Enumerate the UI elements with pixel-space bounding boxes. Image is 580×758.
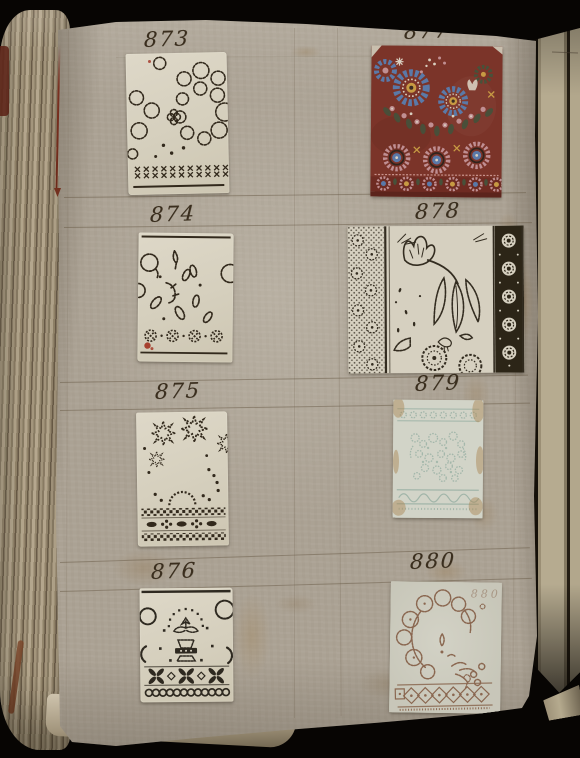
sample-number-875: 875 xyxy=(132,377,223,404)
fabric-swatch-877 xyxy=(370,45,502,197)
sample-number-877: 877 xyxy=(381,17,472,44)
swatch-875-pattern xyxy=(136,411,229,546)
sample-number-876: 876 xyxy=(128,557,219,584)
fabric-swatch-874 xyxy=(137,233,233,363)
fabric-swatch-878 xyxy=(348,226,525,374)
fabric-swatch-876 xyxy=(140,588,234,703)
swatch-874-pattern xyxy=(137,233,233,363)
sample-number-874: 874 xyxy=(127,200,218,227)
sample-number-878: 878 xyxy=(392,197,483,224)
ghost-number-880: 880 xyxy=(471,587,501,600)
red-speck xyxy=(148,60,151,63)
red-cover-edge xyxy=(0,46,9,116)
fabric-swatch-873 xyxy=(126,52,230,195)
rust-streak xyxy=(8,640,24,714)
facing-page-edges xyxy=(534,28,580,706)
swatch-880-pattern: 880 xyxy=(389,581,502,714)
swatch-873-pattern xyxy=(126,52,230,195)
swatch-877-pattern xyxy=(370,45,502,197)
sample-number-873: 873 xyxy=(121,25,212,52)
swatch-878-pattern xyxy=(348,226,525,374)
sample-number-879: 879 xyxy=(392,369,483,396)
sample-number-880: 880 xyxy=(387,547,478,574)
photograph-background: 873 877 874 878 875 879 876 880 xyxy=(0,0,580,758)
sample-book-page: 873 877 874 878 875 879 876 880 xyxy=(56,16,538,746)
fabric-swatch-880: 880 xyxy=(389,581,502,714)
swatch-876-pattern xyxy=(140,588,234,703)
fabric-swatch-875 xyxy=(136,411,229,546)
fabric-swatch-879 xyxy=(393,400,484,519)
swatch-879-pattern xyxy=(393,400,484,519)
